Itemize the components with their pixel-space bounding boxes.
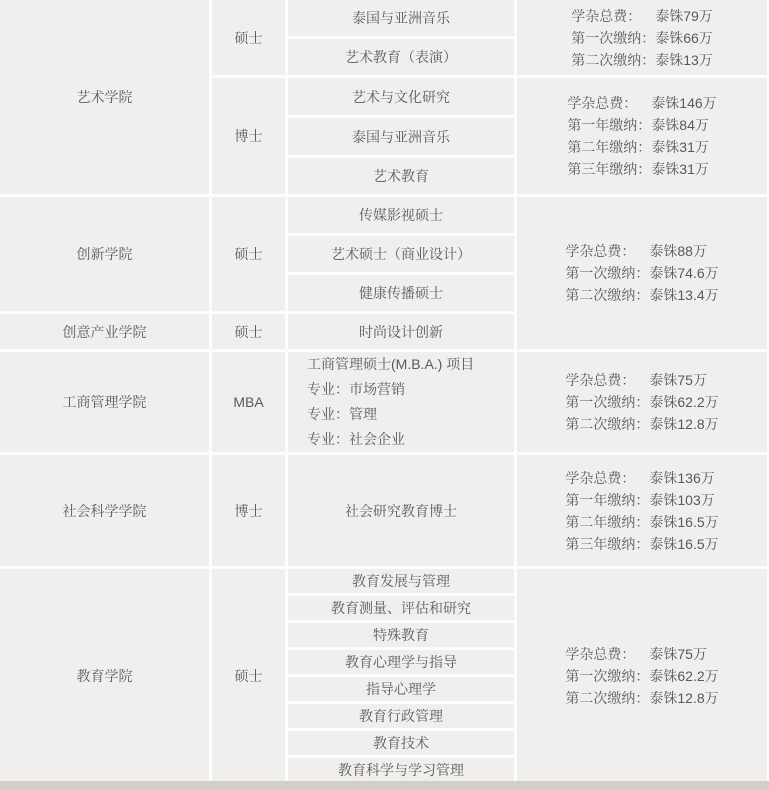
program-cell: 泰国与亚洲音乐 <box>287 117 516 157</box>
fee-label: 学杂总费： <box>565 240 649 262</box>
program-cell: 时尚设计创新 <box>287 313 516 351</box>
program-cell: 教育行政管理 <box>287 703 516 730</box>
degree-cell: 硕士 <box>211 0 287 77</box>
fee-value: 泰铢13万 <box>655 52 713 68</box>
fee-line: 学杂总费：泰铢75万 <box>565 369 718 391</box>
fee-value: 泰铢74.6万 <box>649 265 718 281</box>
degree-cell: MBA <box>211 351 287 454</box>
program-cell: 社会研究教育博士 <box>287 454 516 568</box>
fee-label: 学杂总费： <box>565 369 649 391</box>
program-cell: 工商管理硕士(M.B.A.) 项目专业：市场营销专业：管理专业：社会企业 <box>287 351 516 454</box>
fee-label: 第二次缴纳： <box>571 49 655 71</box>
fee-value: 泰铢12.8万 <box>649 690 718 706</box>
fee-label: 第二年缴纳： <box>567 136 651 158</box>
fee-label: 第一次缴纳： <box>565 665 649 687</box>
table-row: 创新学院硕士传媒影视硕士学杂总费：泰铢88万第一次缴纳：泰铢74.6万第二次缴纳… <box>0 196 769 235</box>
degree-cell: 硕士 <box>211 196 287 313</box>
fee-line: 第二次缴纳：泰铢12.8万 <box>565 687 718 709</box>
fee-block: 学杂总费：泰铢79万第一次缴纳：泰铢66万第二次缴纳：泰铢13万 <box>571 5 713 71</box>
fee-label: 第二年缴纳： <box>565 511 649 533</box>
fee-value: 泰铢146万 <box>651 95 716 111</box>
fee-value: 泰铢12.8万 <box>649 416 718 432</box>
fee-line: 第二年缴纳：泰铢16.5万 <box>565 511 718 533</box>
fee-line: 第一次缴纳：泰铢62.2万 <box>565 665 718 687</box>
fees-cell: 学杂总费：泰铢79万第一次缴纳：泰铢66万第二次缴纳：泰铢13万 <box>516 0 769 77</box>
program-cell: 泰国与亚洲音乐 <box>287 0 516 38</box>
fee-line: 第一次缴纳：泰铢66万 <box>571 27 713 49</box>
fee-line: 学杂总费：泰铢136万 <box>565 467 718 489</box>
degree-cell: 博士 <box>211 454 287 568</box>
fee-line: 学杂总费：泰铢75万 <box>565 643 718 665</box>
fee-value: 泰铢31万 <box>651 161 709 177</box>
table-row: 工商管理学院MBA工商管理硕士(M.B.A.) 项目专业：市场营销专业：管理专业… <box>0 351 769 454</box>
fee-label: 第三年缴纳： <box>567 158 651 180</box>
degree-cell: 硕士 <box>211 313 287 351</box>
fee-line: 第二次缴纳：泰铢13.4万 <box>565 284 718 306</box>
fee-line: 学杂总费：泰铢79万 <box>571 5 713 27</box>
college-cell: 创新学院 <box>0 196 211 313</box>
fees-cell: 学杂总费：泰铢146万第一年缴纳：泰铢84万第二年缴纳：泰铢31万第三年缴纳：泰… <box>516 77 769 196</box>
table-row: 艺术学院硕士泰国与亚洲音乐学杂总费：泰铢79万第一次缴纳：泰铢66万第二次缴纳：… <box>0 0 769 38</box>
program-cell: 艺术与文化研究 <box>287 77 516 117</box>
table-body: 艺术学院硕士泰国与亚洲音乐学杂总费：泰铢79万第一次缴纳：泰铢66万第二次缴纳：… <box>0 0 769 784</box>
fee-label: 第二次缴纳： <box>565 413 649 435</box>
fee-value: 泰铢75万 <box>649 646 707 662</box>
fee-value: 泰铢88万 <box>649 243 707 259</box>
college-cell: 艺术学院 <box>0 0 211 196</box>
table-row: 教育学院硕士教育发展与管理学杂总费：泰铢75万第一次缴纳：泰铢62.2万第二次缴… <box>0 568 769 595</box>
program-cell: 指导心理学 <box>287 676 516 703</box>
fee-label: 第一年缴纳： <box>567 114 651 136</box>
college-cell: 工商管理学院 <box>0 351 211 454</box>
program-cell: 传媒影视硕士 <box>287 196 516 235</box>
fee-label: 学杂总费： <box>565 467 649 489</box>
fee-block: 学杂总费：泰铢136万第一年缴纳：泰铢103万第二年缴纳：泰铢16.5万第三年缴… <box>565 467 718 555</box>
fee-block: 学杂总费：泰铢146万第一年缴纳：泰铢84万第二年缴纳：泰铢31万第三年缴纳：泰… <box>567 92 716 180</box>
fee-label: 学杂总费： <box>571 5 655 27</box>
program-cell: 教育心理学与指导 <box>287 649 516 676</box>
fee-value: 泰铢75万 <box>649 372 707 388</box>
fee-line: 学杂总费：泰铢146万 <box>567 92 716 114</box>
tuition-table: 艺术学院硕士泰国与亚洲音乐学杂总费：泰铢79万第一次缴纳：泰铢66万第二次缴纳：… <box>0 0 769 785</box>
program-cell: 艺术硕士（商业设计） <box>287 235 516 274</box>
college-cell: 教育学院 <box>0 568 211 784</box>
fee-value: 泰铢16.5万 <box>649 514 718 530</box>
fee-label: 第二次缴纳： <box>565 284 649 306</box>
fee-label: 第一次缴纳： <box>565 391 649 413</box>
fee-label: 第三年缴纳： <box>565 533 649 555</box>
fee-value: 泰铢62.2万 <box>649 668 718 684</box>
college-cell: 社会科学学院 <box>0 454 211 568</box>
program-cell: 特殊教育 <box>287 622 516 649</box>
degree-cell: 博士 <box>211 77 287 196</box>
fees-cell: 学杂总费：泰铢88万第一次缴纳：泰铢74.6万第二次缴纳：泰铢13.4万 <box>516 196 769 351</box>
program-cell: 健康传播硕士 <box>287 274 516 313</box>
fee-label: 学杂总费： <box>565 643 649 665</box>
program-line: 专业：社会企业 <box>307 427 514 452</box>
page: { "theme": { "cell_background": "#f0efee… <box>0 0 769 790</box>
fee-label: 学杂总费： <box>567 92 651 114</box>
fee-label: 第一次缴纳： <box>571 27 655 49</box>
fee-value: 泰铢31万 <box>651 139 709 155</box>
fee-value: 泰铢16.5万 <box>649 536 718 552</box>
fee-line: 第一年缴纳：泰铢84万 <box>567 114 716 136</box>
fee-value: 泰铢66万 <box>655 30 713 46</box>
fee-line: 第二次缴纳：泰铢12.8万 <box>565 413 718 435</box>
fee-line: 学杂总费：泰铢88万 <box>565 240 718 262</box>
fees-cell: 学杂总费：泰铢136万第一年缴纳：泰铢103万第二年缴纳：泰铢16.5万第三年缴… <box>516 454 769 568</box>
fee-value: 泰铢13.4万 <box>649 287 718 303</box>
program-line: 工商管理硕士(M.B.A.) 项目 <box>307 352 514 377</box>
degree-cell: 硕士 <box>211 568 287 784</box>
program-line: 专业：管理 <box>307 402 514 427</box>
fee-block: 学杂总费：泰铢88万第一次缴纳：泰铢74.6万第二次缴纳：泰铢13.4万 <box>565 240 718 306</box>
fee-line: 第一次缴纳：泰铢74.6万 <box>565 262 718 284</box>
college-cell: 创意产业学院 <box>0 313 211 351</box>
fee-line: 第二年缴纳：泰铢31万 <box>567 136 716 158</box>
program-cell: 教育技术 <box>287 730 516 757</box>
fee-label: 第二次缴纳： <box>565 687 649 709</box>
bottom-band <box>0 781 769 790</box>
fee-line: 第一次缴纳：泰铢62.2万 <box>565 391 718 413</box>
fee-value: 泰铢136万 <box>649 470 714 486</box>
fee-label: 第一年缴纳： <box>565 489 649 511</box>
program-cell: 教育测量、评估和研究 <box>287 595 516 622</box>
program-cell: 艺术教育 <box>287 157 516 196</box>
fee-block: 学杂总费：泰铢75万第一次缴纳：泰铢62.2万第二次缴纳：泰铢12.8万 <box>565 369 718 435</box>
fee-value: 泰铢84万 <box>651 117 709 133</box>
fee-value: 泰铢79万 <box>655 8 713 24</box>
fee-value: 泰铢62.2万 <box>649 394 718 410</box>
program-line: 专业：市场营销 <box>307 377 514 402</box>
fee-line: 第一年缴纳：泰铢103万 <box>565 489 718 511</box>
fee-block: 学杂总费：泰铢75万第一次缴纳：泰铢62.2万第二次缴纳：泰铢12.8万 <box>565 643 718 709</box>
fee-line: 第三年缴纳：泰铢16.5万 <box>565 533 718 555</box>
fee-label: 第一次缴纳： <box>565 262 649 284</box>
fee-line: 第三年缴纳：泰铢31万 <box>567 158 716 180</box>
program-cell: 艺术教育（表演） <box>287 38 516 77</box>
program-cell: 教育科学与学习管理 <box>287 757 516 784</box>
fee-value: 泰铢103万 <box>649 492 714 508</box>
fees-cell: 学杂总费：泰铢75万第一次缴纳：泰铢62.2万第二次缴纳：泰铢12.8万 <box>516 351 769 454</box>
table-row: 社会科学学院博士社会研究教育博士学杂总费：泰铢136万第一年缴纳：泰铢103万第… <box>0 454 769 568</box>
fee-line: 第二次缴纳：泰铢13万 <box>571 49 713 71</box>
fees-cell: 学杂总费：泰铢75万第一次缴纳：泰铢62.2万第二次缴纳：泰铢12.8万 <box>516 568 769 784</box>
program-cell: 教育发展与管理 <box>287 568 516 595</box>
